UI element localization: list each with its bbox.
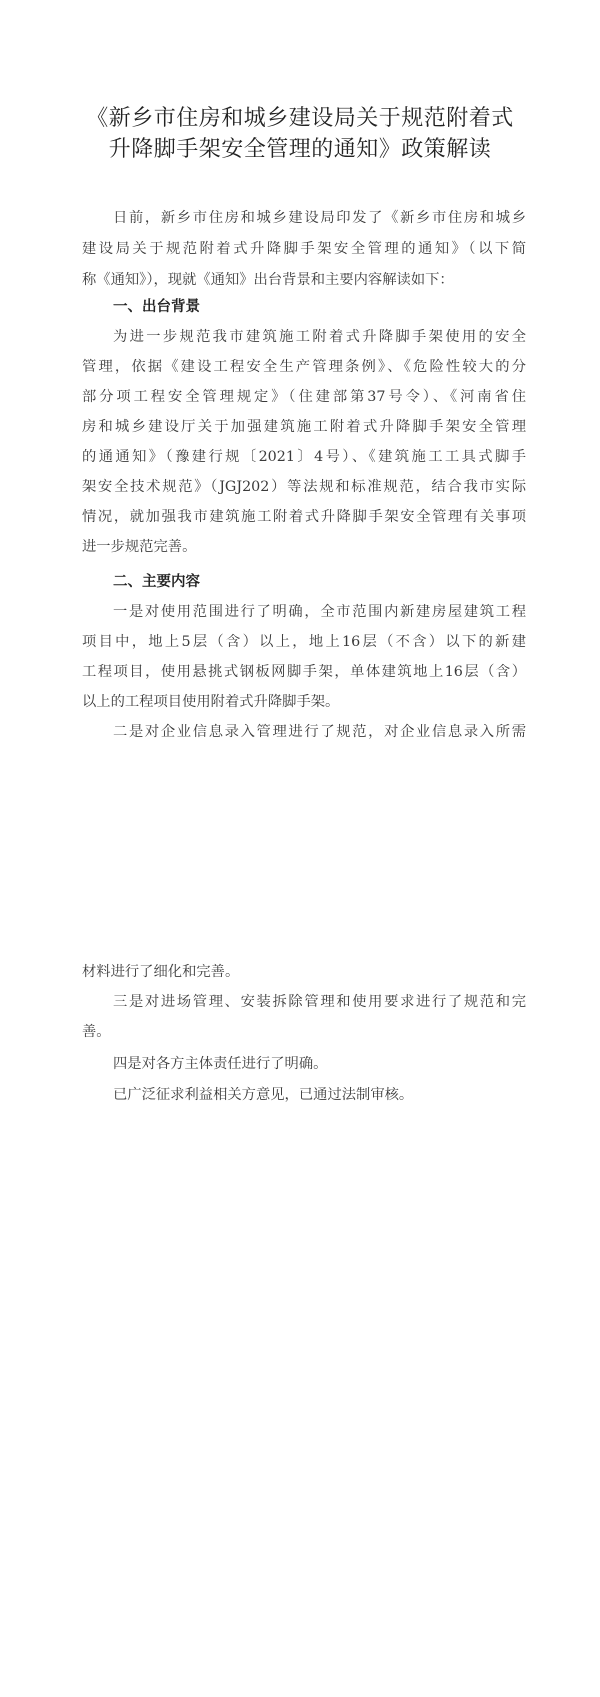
paragraph-line: 项目中，地上5层（含）以上，地上16层（不含）以下的新建 (82, 632, 526, 652)
paragraph-line: 一是对使用范围进行了明确，全市范围内新建房屋建筑工程 (113, 602, 526, 622)
document-title: 《新乡市住房和城乡建设局关于规范附着式 升降脚手架安全管理的通知》政策解读 (60, 103, 540, 165)
paragraph-line: 已广泛征求利益相关方意见，已通过法制审核。 (113, 1085, 526, 1105)
section-heading-main-content: 二、主要内容 (113, 572, 200, 592)
paragraph-line: 三是对进场管理、安装拆除管理和使用要求进行了规范和完 (113, 992, 526, 1012)
paragraph-line: 四是对各方主体责任进行了明确。 (113, 1054, 526, 1074)
paragraph-line: 工程项目，使用悬挑式钢板网脚手架，单体建筑地上16层（含） (82, 662, 526, 682)
paragraph-line: 材料进行了细化和完善。 (82, 962, 526, 982)
section-heading-background: 一、出台背景 (113, 297, 200, 317)
paragraph-line: 的通通知》（豫建行规〔2021〕4号）、《建筑施工工具式脚手 (82, 447, 526, 467)
paragraph-line: 以上的工程项目使用附着式升降脚手架。 (82, 692, 526, 712)
paragraph-line: 善。 (82, 1022, 526, 1042)
paragraph-line: 房和城乡建设厅关于加强建筑施工附着式升降脚手架安全管理 (82, 417, 526, 437)
paragraph-line: 情况，就加强我市建筑施工附着式升降脚手架安全管理有关事项 (82, 507, 526, 527)
paragraph-line: 管理，依据《建设工程安全生产管理条例》、《危险性较大的分 (82, 357, 526, 377)
intro-line-3: 称《通知》），现就《通知》出台背景和主要内容解读如下： (82, 270, 526, 290)
document-page: 《新乡市住房和城乡建设局关于规范附着式 升降脚手架安全管理的通知》政策解读 日前… (0, 0, 600, 1697)
paragraph-line: 为进一步规范我市建筑施工附着式升降脚手架使用的安全 (113, 327, 526, 347)
paragraph-line: 架安全技术规范》（JGJ202）等法规和标准规范，结合我市实际 (82, 477, 526, 497)
intro-line-1: 日前，新乡市住房和城乡建设局印发了《新乡市住房和城乡 (113, 208, 526, 228)
title-line-2: 升降脚手架安全管理的通知》政策解读 (60, 134, 540, 165)
paragraph-line: 进一步规范完善。 (82, 537, 526, 557)
intro-line-2: 建设局关于规范附着式升降脚手架安全管理的通知》（以下简 (82, 239, 526, 259)
paragraph-line: 部分项工程安全管理规定》（住建部第37号令）、《河南省住 (82, 387, 526, 407)
paragraph-line: 二是对企业信息录入管理进行了规范，对企业信息录入所需 (113, 722, 526, 742)
title-line-1: 《新乡市住房和城乡建设局关于规范附着式 (60, 103, 540, 134)
